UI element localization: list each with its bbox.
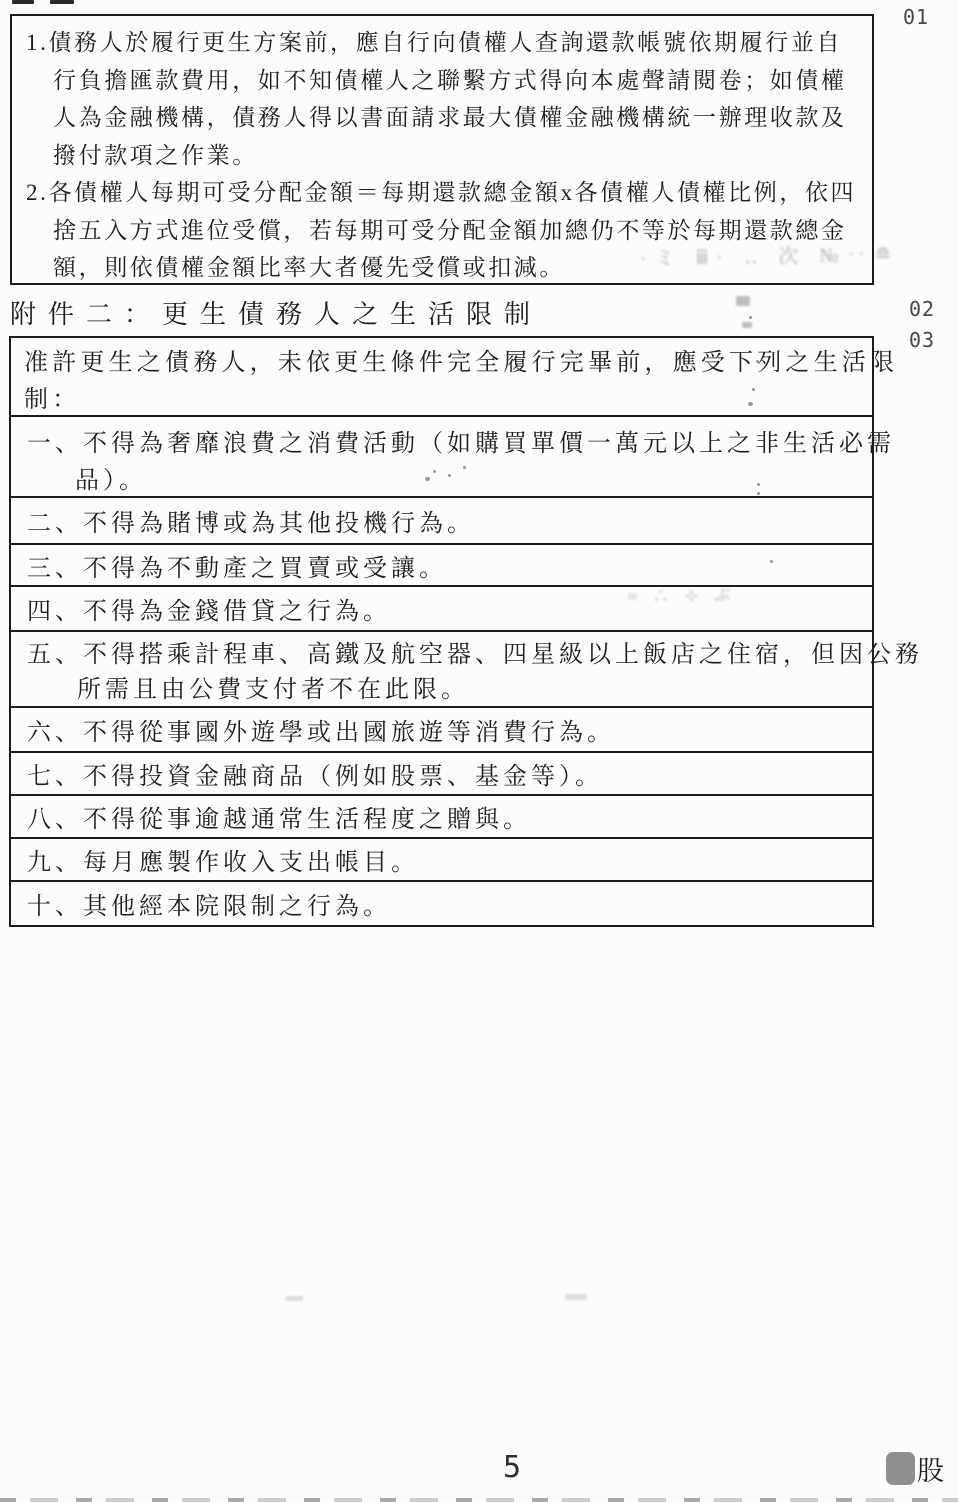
restriction-row-8: 八、不得從事逾越通常生活程度之贈與。 xyxy=(11,796,872,839)
row-text: 八、不得從事逾越通常生活程度之贈與。 xyxy=(11,799,531,834)
restriction-row-4: 四、不得為金錢借貸之行為。 xyxy=(11,587,872,632)
note-item2-line: 2.各債權人每期可受分配金額＝每期還款總金額x各債權人債權比例，依四 xyxy=(26,174,872,212)
row-text: 五、不得搭乘計程車、高鐵及航空器、四星級以上飯店之住宿，但因公務 xyxy=(11,638,872,673)
restriction-row-9: 九、每月應製作收入支出帳目。 xyxy=(11,839,872,882)
note-item1-line: 撥付款項之作業。 xyxy=(26,137,872,175)
table-intro-row: 准許更生之債務人，未依更生條件完全履行完畢前，應受下列之生活限 制： xyxy=(11,338,872,417)
restriction-row-10: 十、其他經本院限制之行為。 xyxy=(11,882,872,925)
row-text: 二、不得為賭博或為其他投機行為。 xyxy=(11,503,475,538)
scan-artifact-top-fragment xyxy=(12,0,34,4)
scan-artifact-top-fragment xyxy=(50,0,74,4)
scan-artifact-speck xyxy=(749,316,752,319)
row-text: 准許更生之債務人，未依更生條件完全履行完畢前，應受下列之生活限 xyxy=(11,345,872,382)
row-text: 九、每月應製作收入支出帳目。 xyxy=(11,842,419,877)
life-restrictions-table: 准許更生之債務人，未依更生條件完全履行完畢前，應受下列之生活限 制： 一、不得為… xyxy=(9,336,874,927)
clerk-stamp: 股 xyxy=(886,1450,944,1486)
note-item1-line: 人為金融機構，債務人得以書面請求最大債權金融機構統一辦理收款及 xyxy=(26,99,872,137)
row-text: 六、不得從事國外遊學或出國旅遊等消費行為。 xyxy=(11,712,615,747)
scan-artifact-blot xyxy=(742,322,752,328)
note-item1-line: 1.債務人於履行更生方案前，應自行向債權人查詢還款帳號依期履行並自 xyxy=(26,24,872,62)
row-text: 四、不得為金錢借貸之行為。 xyxy=(11,591,391,626)
row-text: 一、不得為奢靡浪費之消費活動（如購買單價一萬元以上之非生活必需 xyxy=(11,426,872,463)
redaction-block xyxy=(886,1452,915,1485)
row-text: 制： xyxy=(11,382,872,419)
restriction-row-6: 六、不得從事國外遊學或出國旅遊等消費行為。 xyxy=(11,708,872,753)
row-text: 七、不得投資金融商品（例如股票、基金等）。 xyxy=(11,756,603,791)
note-item1-line: 行負擔匯款費用，如不知債權人之聯繫方式得向本處聲請閱卷；如債權 xyxy=(26,62,872,100)
scan-artifact-ghost-text: ·ミ ⅲ· ‥ 次 №‥≘ xyxy=(640,238,900,272)
scan-artifact-blot xyxy=(736,296,750,306)
scan-artifact-ghost-text: ≈ ∴ ⊹ ぶ xyxy=(628,582,737,607)
row-text: 十、其他經本院限制之行為。 xyxy=(11,886,391,921)
row-text: 品）。 xyxy=(11,463,872,500)
row-text: 三、不得為不動產之買賣或受讓。 xyxy=(11,548,447,583)
clerk-stamp-label: 股 xyxy=(917,1449,944,1488)
scan-artifact-blot xyxy=(565,1294,587,1300)
attachment-heading: 附件二：更生債務人之生活限制 xyxy=(10,294,542,331)
restriction-row-7: 七、不得投資金融商品（例如股票、基金等）。 xyxy=(11,753,872,796)
margin-code-03: 03 xyxy=(909,328,935,352)
scan-artifact-bottom-edge xyxy=(0,1498,958,1502)
restriction-row-3: 三、不得為不動產之買賣或受讓。 xyxy=(11,545,872,587)
restriction-row-5: 五、不得搭乘計程車、高鐵及航空器、四星級以上飯店之住宿，但因公務 所需且由公費支… xyxy=(11,632,872,708)
restriction-row-1: 一、不得為奢靡浪費之消費活動（如購買單價一萬元以上之非生活必需 品）。 xyxy=(11,417,872,498)
scanned-document-page: 1.債務人於履行更生方案前，應自行向債權人查詢還款帳號依期履行並自 行負擔匯款費… xyxy=(0,0,958,1502)
restriction-row-2: 二、不得為賭博或為其他投機行為。 xyxy=(11,498,872,545)
scan-artifact-blot xyxy=(285,1296,303,1301)
margin-code-01: 01 xyxy=(903,5,929,29)
margin-code-02: 02 xyxy=(909,297,935,321)
page-number: 5 xyxy=(503,1450,521,1485)
row-text: 所需且由公費支付者不在此限。 xyxy=(11,673,872,708)
